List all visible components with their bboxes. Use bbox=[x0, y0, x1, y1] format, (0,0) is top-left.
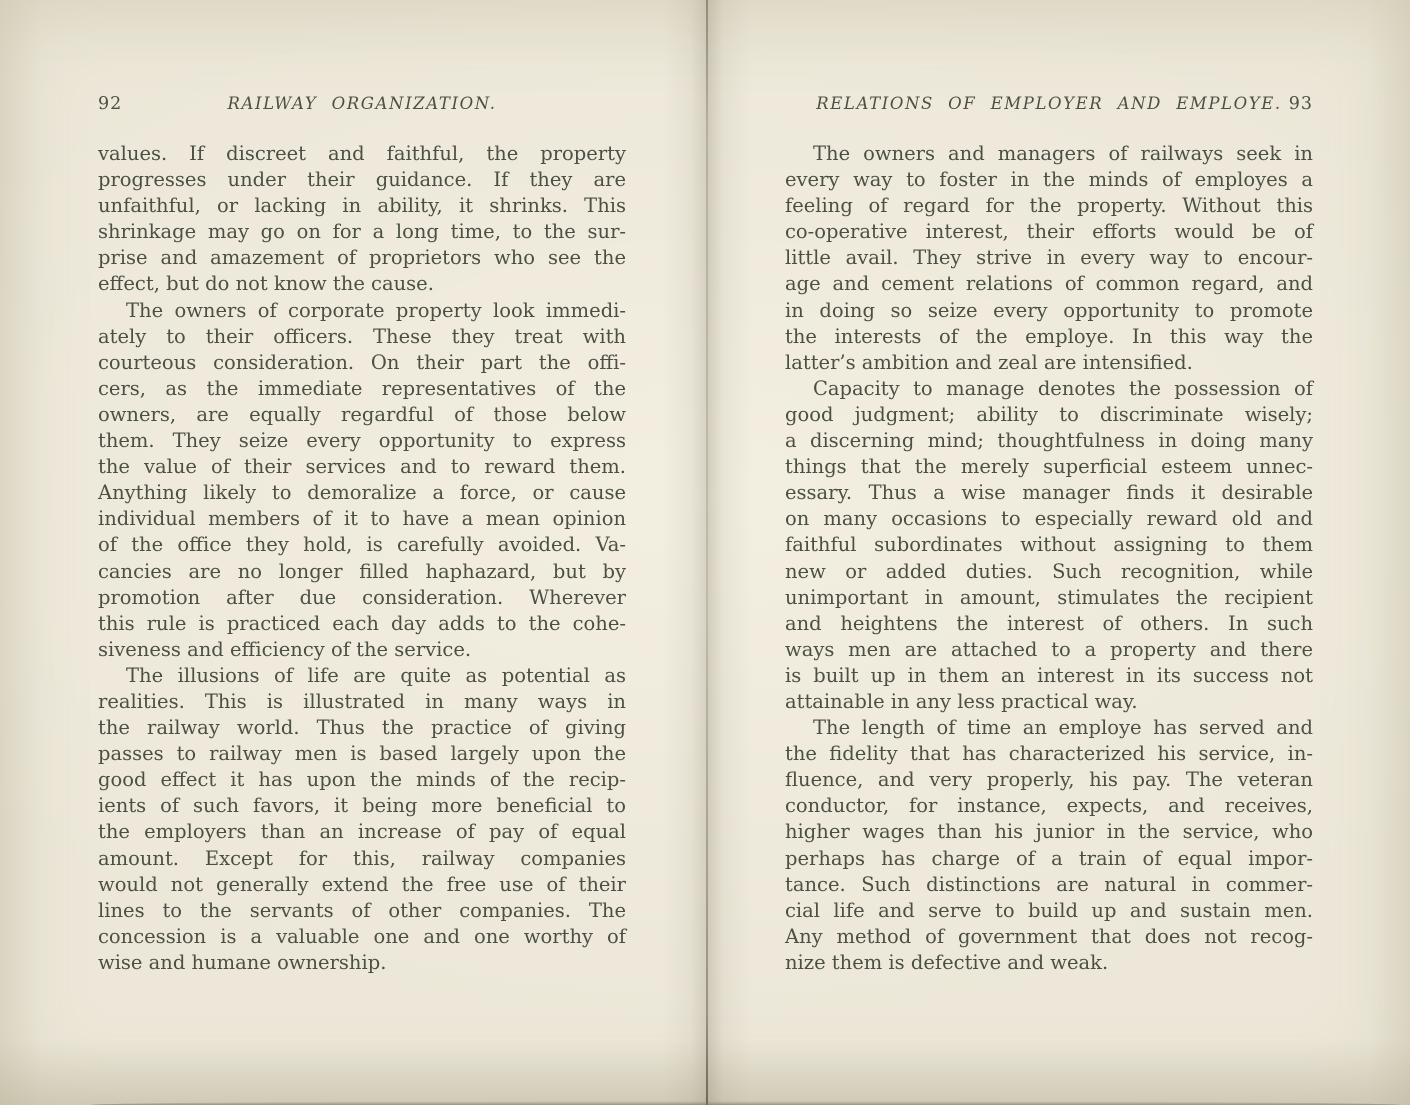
text-line: effect, but do not know the cause. bbox=[98, 271, 626, 297]
text-line: fluence, and very properly, his pay. The… bbox=[785, 767, 1313, 793]
text-line: ways men are attached to a property and … bbox=[785, 637, 1313, 663]
running-header-title: RELATIONS OF EMPLOYER AND EMPLOYE. bbox=[785, 92, 1313, 116]
page-number: 93 bbox=[1289, 92, 1313, 116]
text-line: realities. This is illustrated in many w… bbox=[98, 689, 626, 715]
text-line: amount. Except for this, railway compani… bbox=[98, 846, 626, 872]
text-line: individual members of it to have a mean … bbox=[98, 506, 626, 532]
text-line: lines to the servants of other companies… bbox=[98, 898, 626, 924]
text-line: shrinkage may go on for a long time, to … bbox=[98, 219, 626, 245]
text-line: on many occasions to especially reward o… bbox=[785, 506, 1313, 532]
page-gutter-fold-line bbox=[706, 0, 708, 1105]
page-body: values. If discreet and faithful, the pr… bbox=[98, 141, 626, 976]
text-line: concession is a valuable one and one wor… bbox=[98, 924, 626, 950]
text-line: and heightens the interest of others. In… bbox=[785, 611, 1313, 637]
text-line: attainable in any less practical way. bbox=[785, 689, 1313, 715]
text-line: is built up in them an interest in its s… bbox=[785, 663, 1313, 689]
text-line: the employers than an increase of pay of… bbox=[98, 819, 626, 845]
left-running-header: 92 RAILWAY ORGANIZATION. bbox=[98, 92, 626, 116]
text-line: things that the merely superficial estee… bbox=[785, 454, 1313, 480]
text-line: owners, are equally regardful of those b… bbox=[98, 402, 626, 428]
text-line: co-operative interest, their efforts wou… bbox=[785, 219, 1313, 245]
page-number: 92 bbox=[98, 92, 122, 116]
text-line: Anything likely to demoralize a force, o… bbox=[98, 480, 626, 506]
text-line: feeling of regard for the property. With… bbox=[785, 193, 1313, 219]
text-line: nize them is defective and weak. bbox=[785, 950, 1313, 976]
text-line: essary. Thus a wise manager finds it des… bbox=[785, 480, 1313, 506]
text-line: The owners and managers of railways seek… bbox=[785, 141, 1313, 167]
left-text-block: 92 RAILWAY ORGANIZATION. values. If disc… bbox=[98, 92, 626, 976]
text-line: this rule is practiced each day adds to … bbox=[98, 611, 626, 637]
text-line: a discerning mind; thoughtfulness in doi… bbox=[785, 428, 1313, 454]
text-line: good judgment; ability to discriminate w… bbox=[785, 402, 1313, 428]
text-line: courteous consideration. On their part t… bbox=[98, 350, 626, 376]
text-line: the value of their services and to rewar… bbox=[98, 454, 626, 480]
running-header-title: RAILWAY ORGANIZATION. bbox=[98, 92, 626, 116]
text-line: new or added duties. Such recognition, w… bbox=[785, 559, 1313, 585]
text-line: latter’s ambition and zeal are intensifi… bbox=[785, 350, 1313, 376]
right-text-block: RELATIONS OF EMPLOYER AND EMPLOYE. 93 Th… bbox=[785, 92, 1313, 976]
text-line: cial life and serve to build up and sust… bbox=[785, 898, 1313, 924]
text-line: the railway world. Thus the practice of … bbox=[98, 715, 626, 741]
text-line: unfaithful, or lacking in ability, it sh… bbox=[98, 193, 626, 219]
text-line: cancies are no longer filled haphazard, … bbox=[98, 559, 626, 585]
text-line: would not generally extend the free use … bbox=[98, 872, 626, 898]
text-line: the interests of the employe. In this wa… bbox=[785, 324, 1313, 350]
text-line: age and cement relations of common regar… bbox=[785, 271, 1313, 297]
text-line: unimportant in amount, stimulates the re… bbox=[785, 585, 1313, 611]
text-line: perhaps has charge of a train of equal i… bbox=[785, 846, 1313, 872]
text-line: values. If discreet and faithful, the pr… bbox=[98, 141, 626, 167]
text-line: The owners of corporate property look im… bbox=[98, 298, 626, 324]
right-page: RELATIONS OF EMPLOYER AND EMPLOYE. 93 Th… bbox=[707, 0, 1410, 1105]
text-line: wise and humane ownership. bbox=[98, 950, 626, 976]
left-page: 92 RAILWAY ORGANIZATION. values. If disc… bbox=[0, 0, 707, 1105]
text-line: Any method of government that does not r… bbox=[785, 924, 1313, 950]
text-line: tance. Such distinctions are natural in … bbox=[785, 872, 1313, 898]
text-line: The illusions of life are quite as poten… bbox=[98, 663, 626, 689]
text-line: passes to railway men is based largely u… bbox=[98, 741, 626, 767]
text-line: progresses under their guidance. If they… bbox=[98, 167, 626, 193]
text-line: prise and amazement of proprietors who s… bbox=[98, 245, 626, 271]
text-line: them. They seize every opportunity to ex… bbox=[98, 428, 626, 454]
text-line: faithful subordinates without assigning … bbox=[785, 532, 1313, 558]
text-line: ately to their officers. These they trea… bbox=[98, 324, 626, 350]
text-line: The length of time an employe has served… bbox=[785, 715, 1313, 741]
text-line: in doing so seize every opportunity to p… bbox=[785, 298, 1313, 324]
text-line: cers, as the immediate representatives o… bbox=[98, 376, 626, 402]
text-line: every way to foster in the minds of empl… bbox=[785, 167, 1313, 193]
page-bottom-edge bbox=[90, 1101, 1400, 1105]
text-line: of the office they hold, is carefully av… bbox=[98, 532, 626, 558]
text-line: conductor, for instance, expects, and re… bbox=[785, 793, 1313, 819]
text-line: siveness and efficiency of the service. bbox=[98, 637, 626, 663]
text-line: promotion after due consideration. Where… bbox=[98, 585, 626, 611]
text-line: Capacity to manage denotes the possessio… bbox=[785, 376, 1313, 402]
text-line: higher wages than his junior in the serv… bbox=[785, 819, 1313, 845]
text-line: ients of such favors, it being more bene… bbox=[98, 793, 626, 819]
right-running-header: RELATIONS OF EMPLOYER AND EMPLOYE. 93 bbox=[785, 92, 1313, 116]
text-line: good effect it has upon the minds of the… bbox=[98, 767, 626, 793]
page-body: The owners and managers of railways seek… bbox=[785, 141, 1313, 976]
text-line: the fidelity that has characterized his … bbox=[785, 741, 1313, 767]
text-line: little avail. They strive in every way t… bbox=[785, 245, 1313, 271]
